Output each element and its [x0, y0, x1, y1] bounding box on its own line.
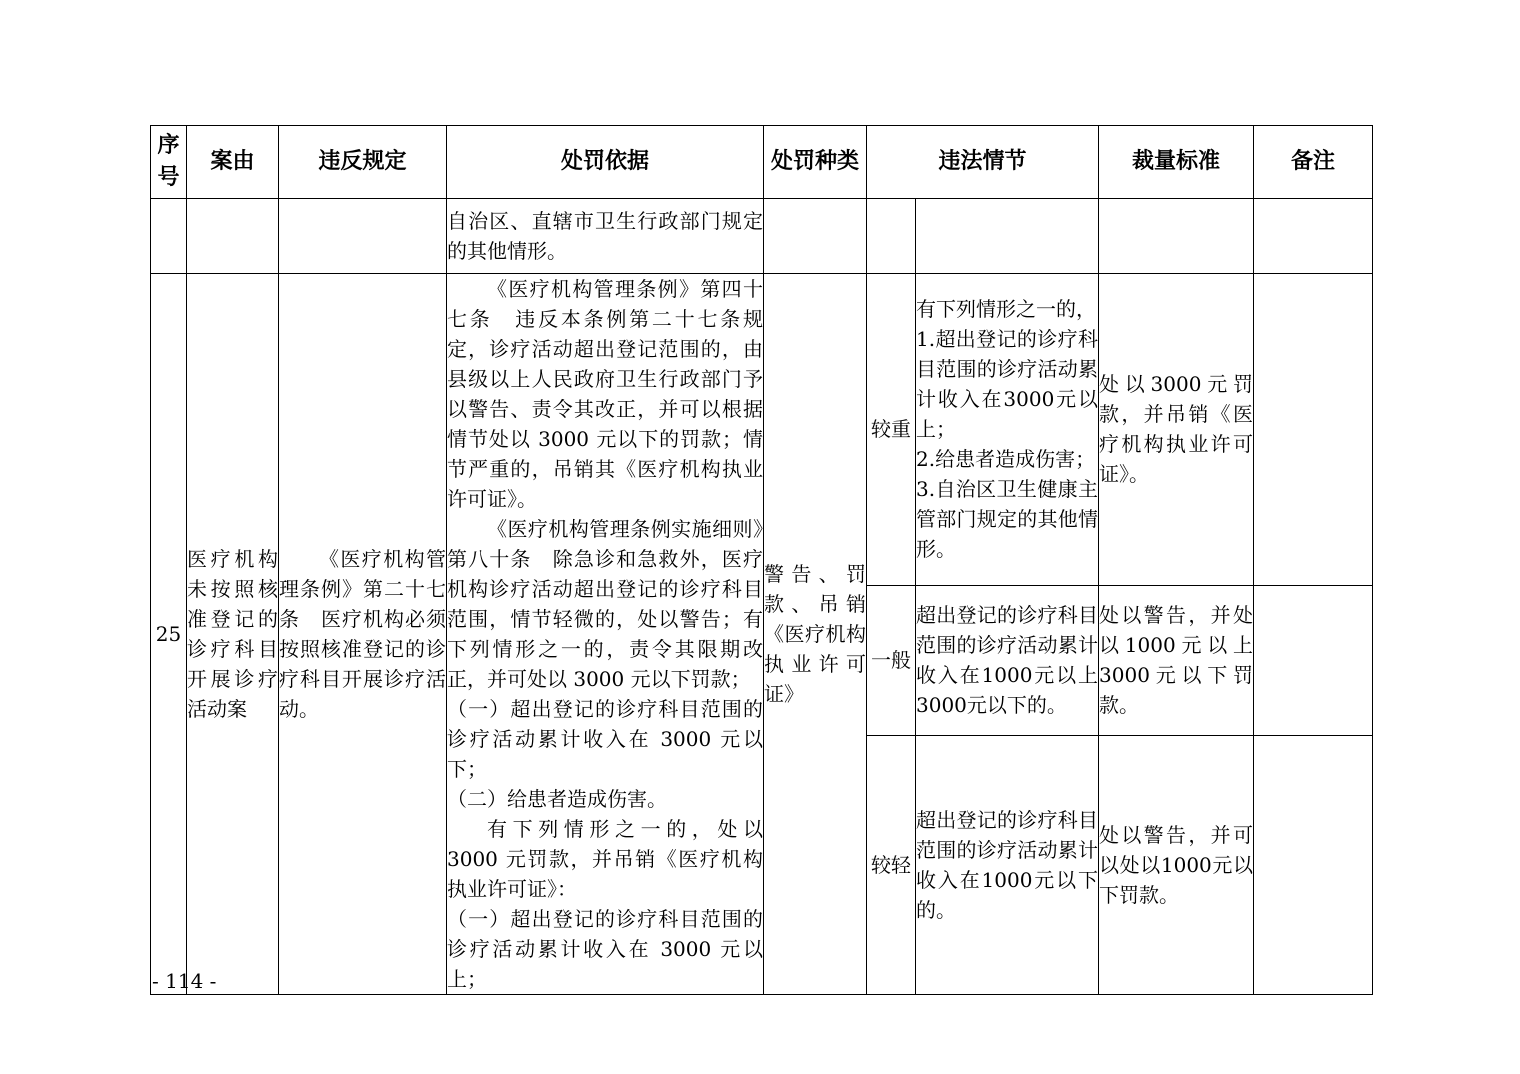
cell-serial-no: 25 [151, 274, 187, 995]
header-cell-circumstances: 违法情节 [867, 126, 1099, 199]
cell-circumstance-general: 超出登记的诊疗科目范围的诊疗活动累计收入在1000元以上3000元以下的。 [916, 585, 1099, 735]
cell-empty [764, 199, 867, 274]
cell-circumstance-minor: 超出登记的诊疗科目范围的诊疗活动累计收入在1000元以下的。 [916, 735, 1099, 994]
circumstance-line: 1.超出登记的诊疗科目范围的诊疗活动累计收入在3000元以上； [916, 324, 1098, 444]
cell-severity-severe: 较重 [867, 274, 916, 586]
cell-empty [187, 199, 279, 274]
cell-severity-general: 一般 [867, 585, 916, 735]
standard-text: 处以警告，并可以处以1000元以下罚款。 [1099, 820, 1253, 910]
header-cell-violation: 违反规定 [279, 126, 447, 199]
cell-empty [279, 199, 447, 274]
cell-remarks [1254, 274, 1373, 586]
page-number: - 114 - [152, 966, 216, 996]
basis-paragraph: （一）超出登记的诊疗科目范围的诊疗活动累计收入在 3000 元以上； [447, 904, 763, 994]
circumstance-line: 有下列情形之一的， [916, 294, 1098, 324]
cell-empty [1254, 199, 1373, 274]
basis-paragraph: 《医疗机构管理条例》第四十七条 违反本条例第二十七条规定，诊疗活动超出登记范围的… [447, 274, 763, 514]
cell-empty [1099, 199, 1254, 274]
carryover-row: 自治区、直辖市卫生行政部门规定的其他情形。 [151, 199, 1373, 274]
basis-paragraph: 有下列情形之一的，处以 3000 元罚款，并吊销《医疗机构执业许可证》： [447, 814, 763, 904]
cause-text: 医疗机构未按照核准登记的诊疗科目开展诊疗活动案 [187, 544, 278, 724]
cell-basis-carryover: 自治区、直辖市卫生行政部门规定的其他情形。 [447, 199, 764, 274]
circumstance-line: 超出登记的诊疗科目范围的诊疗活动累计收入在1000元以下的。 [916, 805, 1098, 925]
document-page: 序号 案由 违反规定 处罚依据 处罚种类 违法情节 裁量标准 备注 自治区、直辖… [0, 0, 1520, 1074]
cell-remarks [1254, 585, 1373, 735]
penalty-discretion-table: 序号 案由 违反规定 处罚依据 处罚种类 违法情节 裁量标准 备注 自治区、直辖… [150, 125, 1373, 995]
cell-severity-minor: 较轻 [867, 735, 916, 994]
header-cell-remarks: 备注 [1254, 126, 1373, 199]
header-cell-serial-no: 序号 [151, 126, 187, 199]
cell-penalty-type: 警告、罚款、吊销《医疗机构执业许可证》 [764, 274, 867, 995]
circumstance-line: 2.给患者造成伤害； [916, 444, 1098, 474]
standard-text: 处以3000元罚款，并吊销《医疗机构执业许可证》。 [1099, 369, 1253, 489]
header-cell-basis: 处罚依据 [447, 126, 764, 199]
cell-empty [916, 199, 1099, 274]
basis-paragraph: （二）给患者造成伤害。 [447, 784, 763, 814]
cell-remarks [1254, 735, 1373, 994]
penalty-type-text: 警告、罚款、吊销《医疗机构执业许可证》 [764, 559, 866, 709]
cell-cause: 医疗机构未按照核准登记的诊疗科目开展诊疗活动案 [187, 274, 279, 995]
header-cell-standard: 裁量标准 [1099, 126, 1254, 199]
circumstance-line: 3.自治区卫生健康主管部门规定的其他情形。 [916, 474, 1098, 564]
circumstance-line: 超出登记的诊疗科目范围的诊疗活动累计收入在1000元以上3000元以下的。 [916, 600, 1098, 720]
header-cell-cause: 案由 [187, 126, 279, 199]
cell-empty [151, 199, 187, 274]
cell-basis: 《医疗机构管理条例》第四十七条 违反本条例第二十七条规定，诊疗活动超出登记范围的… [447, 274, 764, 995]
basis-paragraph: （一）超出登记的诊疗科目范围的诊疗活动累计收入在 3000 元以下； [447, 694, 763, 784]
cell-circumstance-severe: 有下列情形之一的， 1.超出登记的诊疗科目范围的诊疗活动累计收入在3000元以上… [916, 274, 1099, 586]
cell-empty [867, 199, 916, 274]
table-header-row: 序号 案由 违反规定 处罚依据 处罚种类 违法情节 裁量标准 备注 [151, 126, 1373, 199]
standard-text: 处以警告，并处以1000元以上3000元以下罚款。 [1099, 600, 1253, 720]
violation-text: 《医疗机构管理条例》第二十七条 医疗机构必须按照核准登记的诊疗科目开展诊疗活动。 [279, 544, 446, 724]
header-cell-penalty-type: 处罚种类 [764, 126, 867, 199]
cell-violation: 《医疗机构管理条例》第二十七条 医疗机构必须按照核准登记的诊疗科目开展诊疗活动。 [279, 274, 447, 995]
cell-standard-general: 处以警告，并处以1000元以上3000元以下罚款。 [1099, 585, 1254, 735]
basis-paragraph: 《医疗机构管理条例实施细则》第八十条 除急诊和急救外，医疗机构诊疗活动超出登记的… [447, 514, 763, 694]
row25-tier-severe: 25 医疗机构未按照核准登记的诊疗科目开展诊疗活动案 《医疗机构管理条例》第二十… [151, 274, 1373, 586]
cell-standard-minor: 处以警告，并可以处以1000元以下罚款。 [1099, 735, 1254, 994]
basis-carryover-text: 自治区、直辖市卫生行政部门规定的其他情形。 [447, 206, 763, 266]
cell-standard-severe: 处以3000元罚款，并吊销《医疗机构执业许可证》。 [1099, 274, 1254, 586]
